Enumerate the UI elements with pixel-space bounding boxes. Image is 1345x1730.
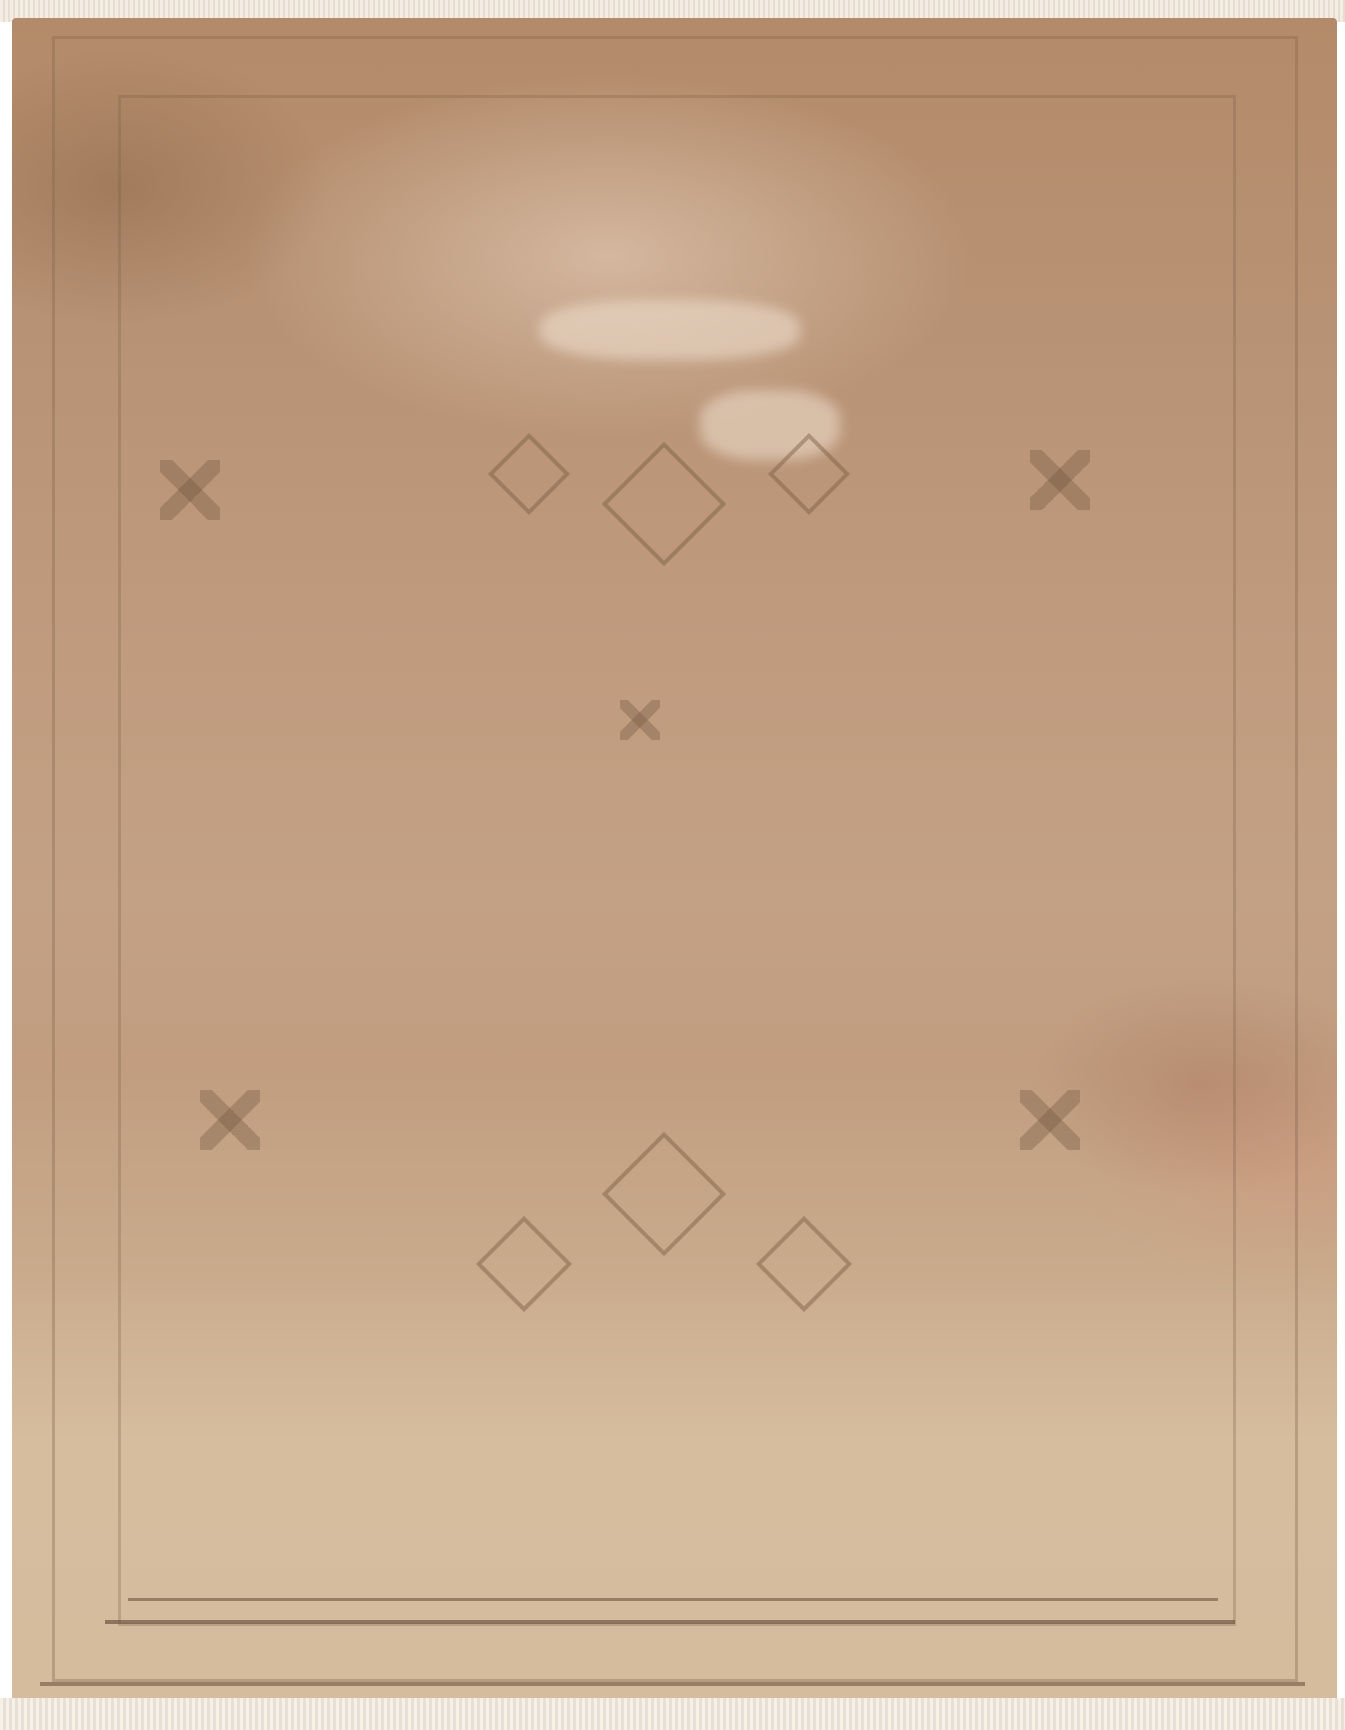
rug-inner-border bbox=[118, 95, 1236, 1626]
lattice-motif bbox=[200, 1090, 260, 1150]
rug-border-line bbox=[105, 1620, 1235, 1624]
rug-border-line bbox=[128, 1598, 1218, 1601]
lattice-motif bbox=[1020, 1090, 1080, 1150]
rug-border-line bbox=[40, 1682, 1305, 1686]
lattice-motif bbox=[620, 700, 660, 740]
lattice-motif bbox=[160, 460, 220, 520]
lattice-motif bbox=[1030, 450, 1090, 510]
bottom-fringe bbox=[0, 1698, 1345, 1730]
